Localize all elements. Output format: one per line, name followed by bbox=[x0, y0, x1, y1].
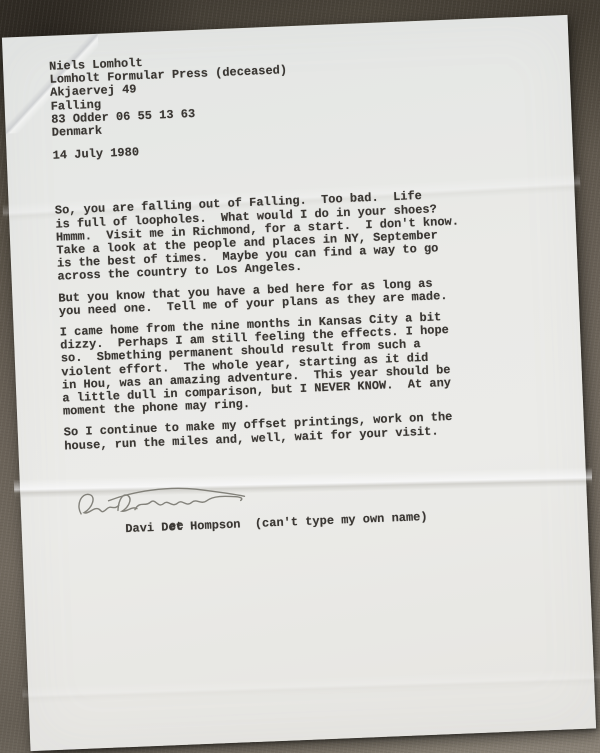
letter-paper: Niels Lomholt Lomholt Formular Press (de… bbox=[2, 15, 596, 751]
sender-address: Niels Lomholt Lomholt Formular Press (de… bbox=[49, 41, 542, 140]
letter-content: Niels Lomholt Lomholt Formular Press (de… bbox=[2, 15, 596, 751]
overstrike-over: ee bbox=[169, 520, 184, 534]
photo-background: Niels Lomholt Lomholt Formular Press (de… bbox=[0, 0, 600, 753]
typed-name-suffix: Hompson (can't type my own name) bbox=[183, 510, 428, 534]
paragraph-1: So, you are falling out of Falling. Too … bbox=[55, 185, 548, 284]
typed-name-prefix: Davi D bbox=[125, 520, 169, 536]
paragraph-3: I came home from the nine months in Kans… bbox=[60, 307, 553, 419]
typed-name-overstrike: etee bbox=[168, 521, 183, 535]
